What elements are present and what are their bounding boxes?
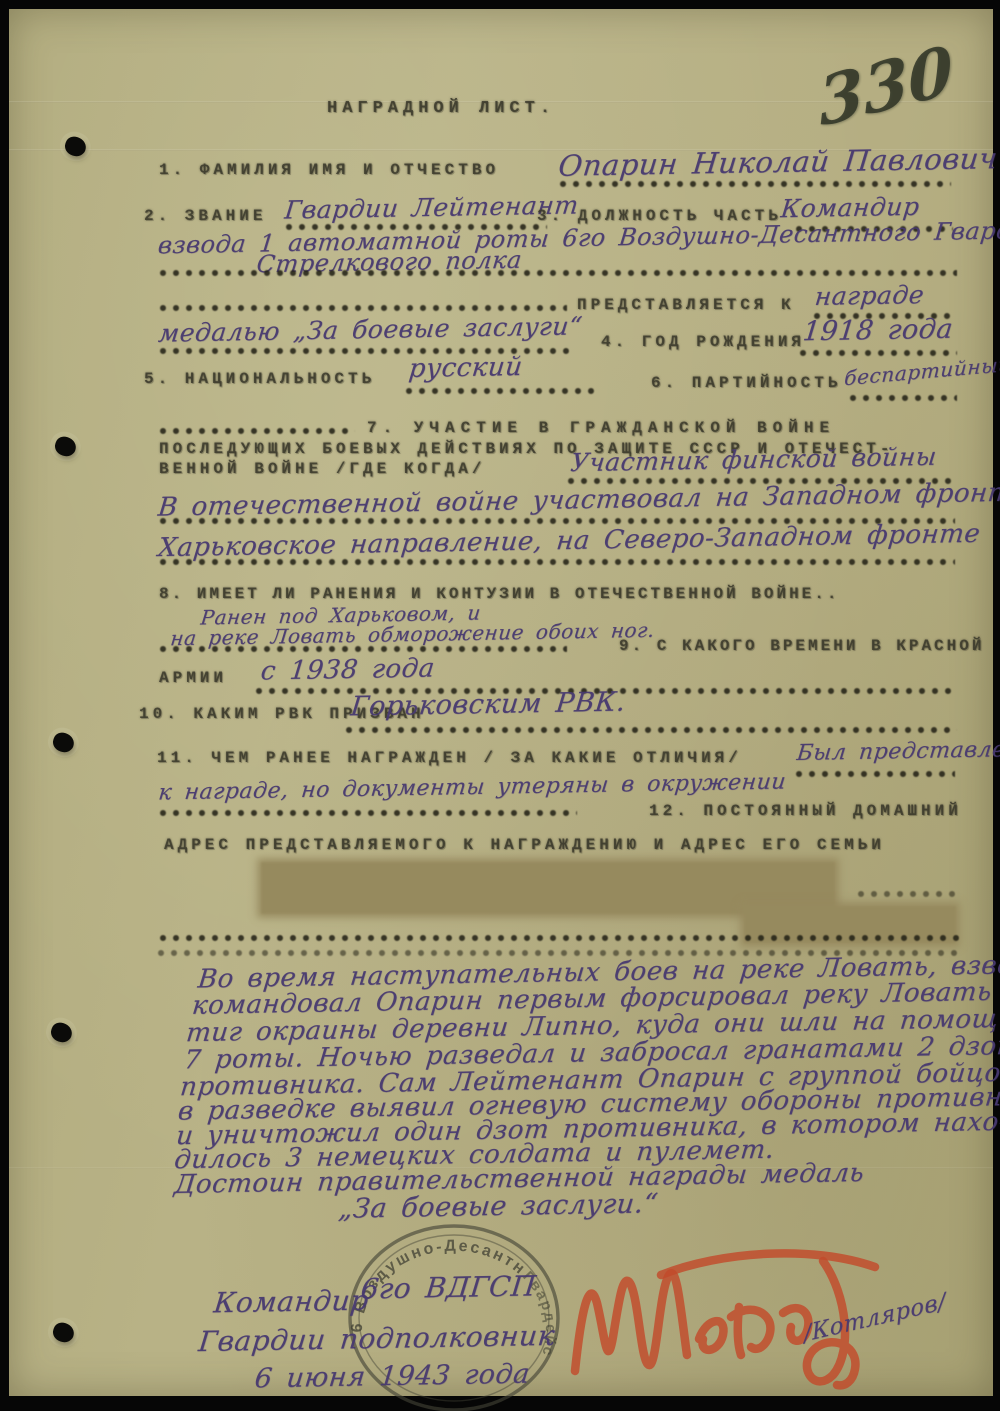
dotted-leader — [857, 889, 955, 899]
dotted-leader — [799, 348, 957, 358]
signature-date: 6 июня 1943 года — [253, 1359, 531, 1395]
field9-label-line1: 9. С КАКОГО ВРЕМЕНИ В КРАСНОЙ — [619, 637, 984, 655]
dotted-leader — [159, 644, 567, 654]
field2-label: 2. ЗВАНИЕ — [144, 207, 266, 225]
field9-value: с 1938 года — [259, 653, 436, 686]
document-title: НАГРАДНОЙ ЛИСТ. — [327, 99, 555, 118]
dotted-leader — [345, 725, 957, 735]
citation-line: „За боевые заслуги.“ — [337, 1188, 660, 1225]
field11-label: 11. ЧЕМ РАНЕЕ НАГРАЖДЕН / ЗА КАКИЕ ОТЛИЧ… — [157, 749, 742, 767]
presented-medal: медалью „За боевые заслуги“ — [157, 311, 584, 347]
punch-hole — [51, 730, 77, 755]
presented-value: награде — [813, 280, 925, 311]
field12-label-line1: 12. ПОСТОЯННЫЙ ДОМАШНИЙ — [649, 802, 962, 820]
field10-value: Горьковским РВК. — [349, 687, 627, 723]
field11-value-line1: Был представлен — [795, 737, 1000, 766]
paper-sheet: 330 НАГРАДНОЙ ЛИСТ. 1. ФАМИЛИЯ ИМЯ И ОТЧ… — [9, 9, 993, 1396]
field6-label: 6. ПАРТИЙНОСТЬ — [651, 374, 841, 392]
page-number-pencil: 330 — [816, 30, 955, 142]
dotted-leader — [159, 808, 577, 818]
field7-value-line1: Участник финской войны — [569, 442, 938, 477]
field7-label-line3: ВЕННОЙ ВОЙНЕ /ГДЕ КОГДА/ — [159, 460, 485, 478]
punch-hole — [49, 1020, 75, 1045]
dotted-leader — [159, 426, 355, 436]
field8-label: 8. ИМЕЕТ ЛИ РАНЕНИЯ И КОНТУЗИИ В ОТЕЧЕСТ… — [159, 585, 839, 603]
dotted-leader — [405, 386, 597, 396]
commander-rank: Гвардии подполковник — [197, 1319, 557, 1358]
field9-label-line2: АРМИИ — [159, 669, 227, 687]
field11-value-line2: к награде, но документы утеряны в окруже… — [157, 770, 787, 806]
commander-unit: 6го ВДГСП — [359, 1269, 538, 1305]
dotted-leader — [159, 303, 567, 313]
dotted-leader — [159, 933, 959, 943]
scanned-award-sheet: 330 НАГРАДНОЙ ЛИСТ. 1. ФАМИЛИЯ ИМЯ И ОТЧ… — [0, 0, 1000, 1411]
dotted-leader — [159, 557, 955, 567]
field4-label: 4. ГОД РОЖДЕНИЯ — [601, 333, 805, 351]
field1-label: 1. ФАМИЛИЯ ИМЯ И ОТЧЕСТВО — [159, 161, 499, 179]
dotted-leader — [849, 393, 957, 403]
punch-hole — [51, 1320, 77, 1345]
presented-label: ПРЕДСТАВЛЯЕТСЯ К — [577, 296, 795, 314]
dotted-leader — [559, 179, 951, 189]
dotted-leader — [159, 268, 957, 278]
field5-label: 5. НАЦИОНАЛЬНОСТЬ — [144, 370, 375, 388]
commander-label: Командир — [212, 1284, 370, 1320]
field12-label-line2: АДРЕС ПРЕДСТАВЛЯЕМОГО К НАГРАЖДЕНИЮ И АД… — [164, 836, 885, 854]
punch-hole — [63, 134, 89, 159]
punch-hole — [53, 434, 79, 459]
field5-value: русский — [407, 352, 524, 384]
field1-value: Опарин Николай Павлович — [557, 141, 1000, 183]
dotted-leader — [795, 769, 955, 779]
field2-value: Гвардии Лейтенант — [283, 190, 580, 224]
field4-value: 1918 года — [801, 314, 954, 348]
field7-label-line1: 7. УЧАСТИЕ В ГРАЖДАНСКОЙ ВОЙНЕ — [367, 419, 835, 437]
